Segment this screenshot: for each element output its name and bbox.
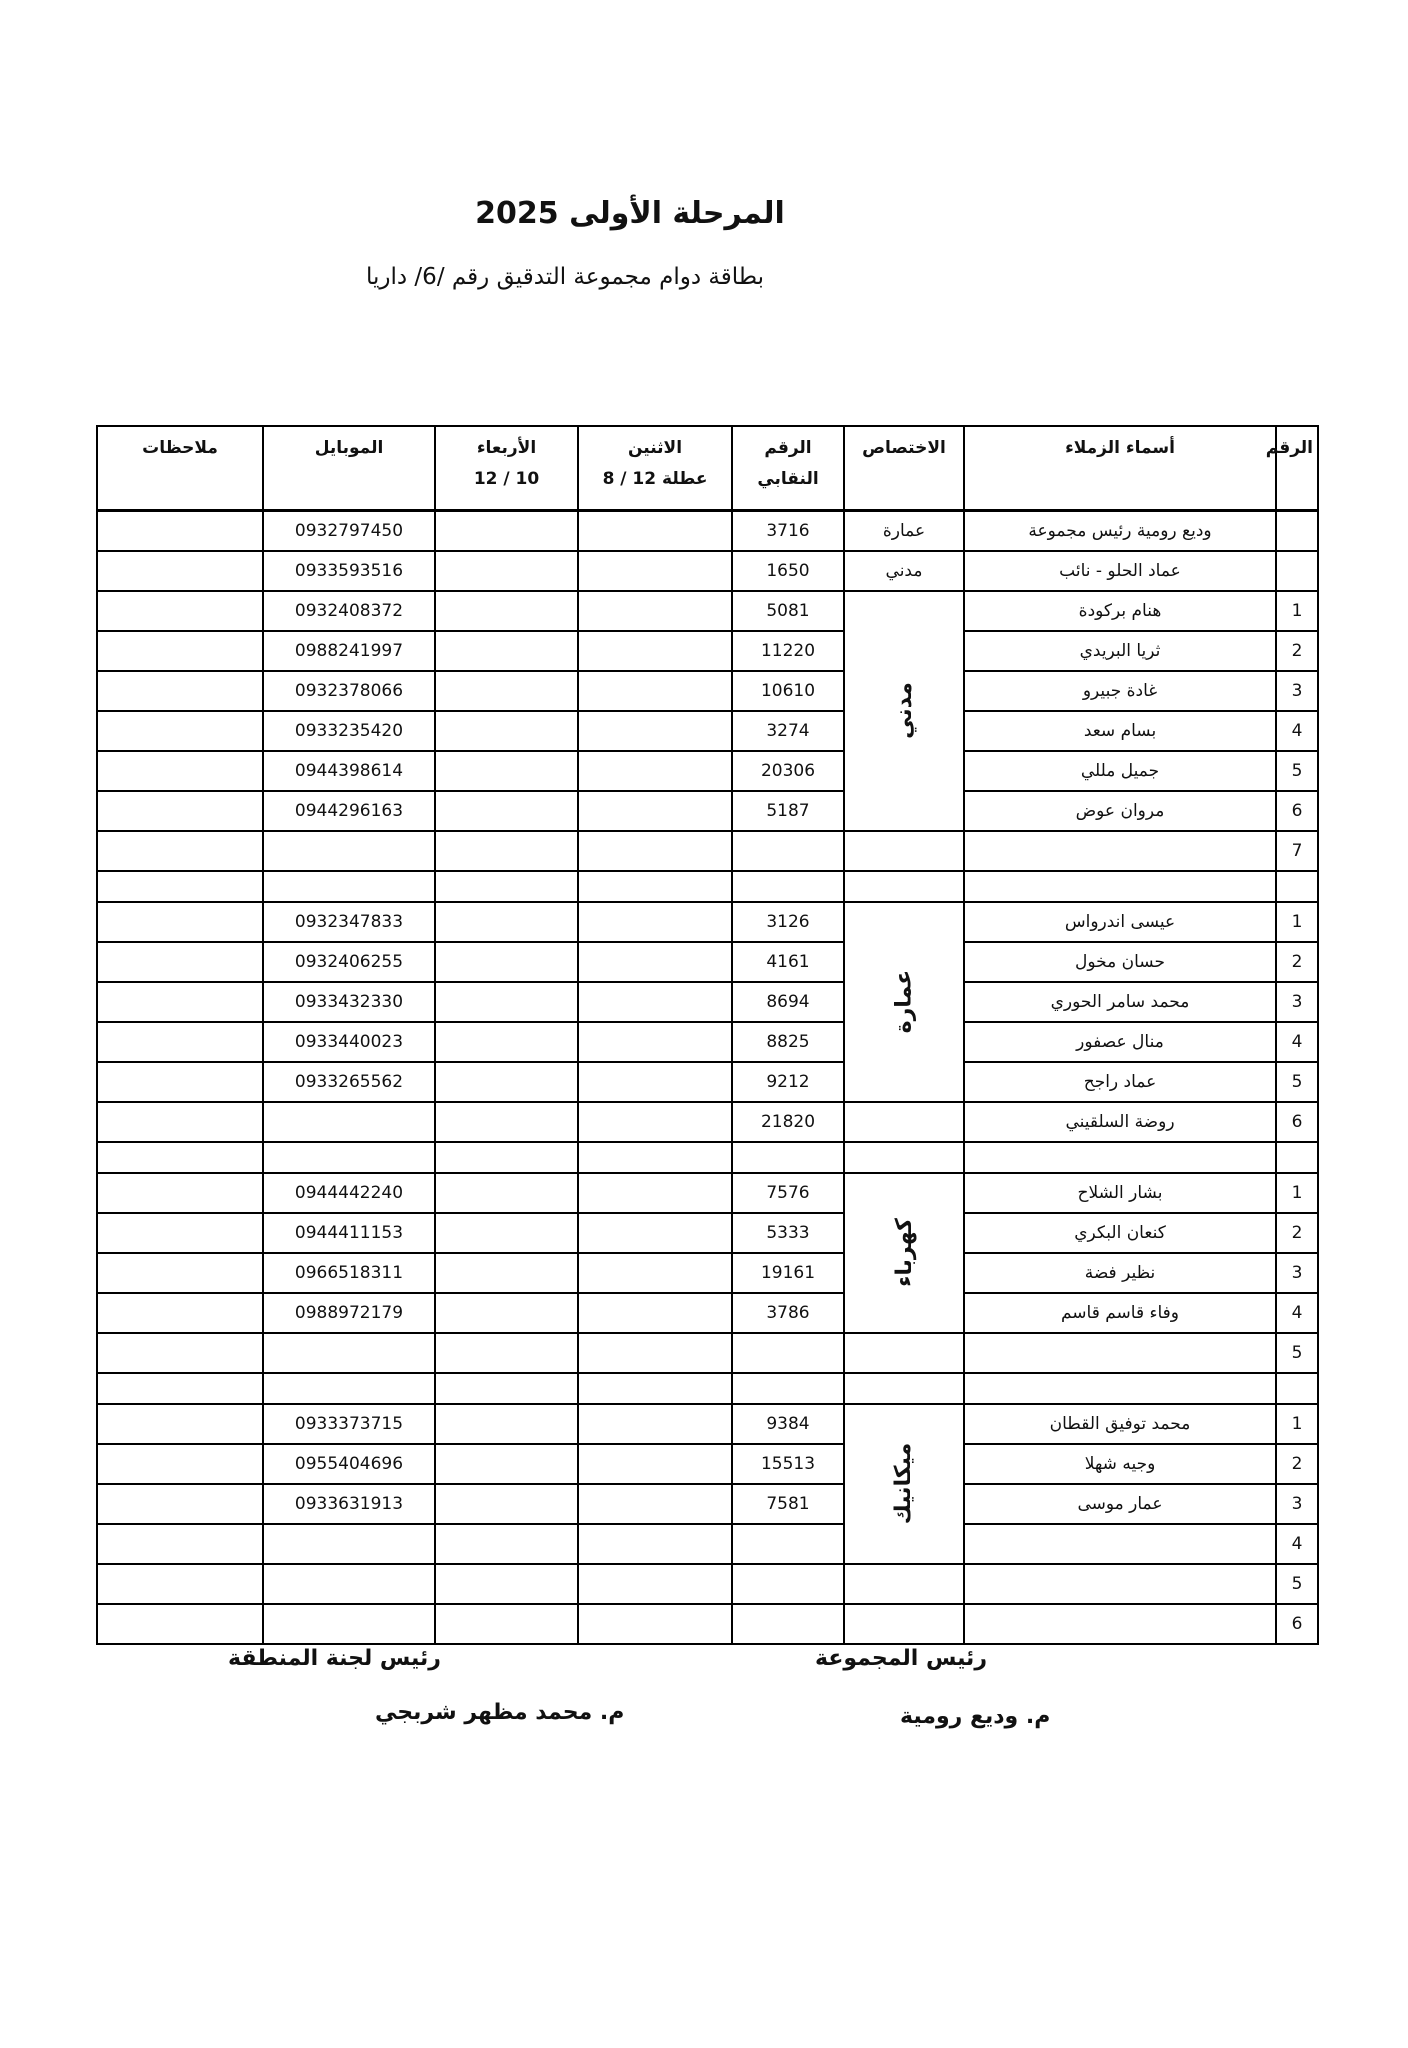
notes-cell bbox=[97, 631, 263, 671]
spec-cell bbox=[844, 1564, 964, 1604]
wednesday-cell bbox=[435, 1173, 578, 1213]
specialty-vertical-label: مدني bbox=[891, 682, 916, 739]
mobile-cell bbox=[263, 1524, 435, 1564]
mobile-cell: 0944398614 bbox=[263, 751, 435, 791]
table-row: 1 هنام بركودة مدني 5081 0932408372 bbox=[97, 591, 1318, 631]
name-cell bbox=[964, 1142, 1276, 1173]
union-cell: 5187 bbox=[732, 791, 844, 831]
mobile-cell bbox=[263, 831, 435, 871]
wednesday-cell bbox=[435, 831, 578, 871]
name-cell: هنام بركودة bbox=[964, 591, 1276, 631]
mobile-cell: 0933373715 bbox=[263, 1404, 435, 1444]
num-cell bbox=[1276, 1142, 1318, 1173]
wednesday-cell bbox=[435, 591, 578, 631]
mobile-cell: 0933265562 bbox=[263, 1062, 435, 1102]
header-monday-line1: الاثنين bbox=[628, 438, 682, 458]
notes-cell bbox=[97, 1444, 263, 1484]
table-row: 4 bbox=[97, 1524, 1318, 1564]
notes-cell bbox=[97, 1253, 263, 1293]
header-notes: ملاحظات bbox=[97, 426, 263, 511]
num-cell: 1 bbox=[1276, 1404, 1318, 1444]
monday-cell bbox=[578, 511, 732, 551]
page-subtitle: بطاقة دوام مجموعة التدقيق رقم /6/ داريا bbox=[0, 264, 1130, 290]
wednesday-cell bbox=[435, 1293, 578, 1333]
name-cell: كنعان البكري bbox=[964, 1213, 1276, 1253]
wednesday-cell bbox=[435, 982, 578, 1022]
wednesday-cell bbox=[435, 902, 578, 942]
union-cell: 9384 bbox=[732, 1404, 844, 1444]
mobile-cell bbox=[263, 1604, 435, 1644]
wednesday-cell bbox=[435, 1444, 578, 1484]
wednesday-cell bbox=[435, 1142, 578, 1173]
mobile-cell bbox=[263, 871, 435, 902]
monday-cell bbox=[578, 982, 732, 1022]
notes-cell bbox=[97, 1484, 263, 1524]
name-cell: بشار الشلاح bbox=[964, 1173, 1276, 1213]
header-wednesday-line2: 12 / 10 bbox=[440, 464, 573, 495]
num-cell: 7 bbox=[1276, 831, 1318, 871]
num-cell: 4 bbox=[1276, 1022, 1318, 1062]
table-row: 3 نظير فضة 19161 0966518311 bbox=[97, 1253, 1318, 1293]
mobile-cell: 0966518311 bbox=[263, 1253, 435, 1293]
notes-cell bbox=[97, 551, 263, 591]
table-row: 3 محمد سامر الحوري 8694 0933432330 bbox=[97, 982, 1318, 1022]
mobile-cell bbox=[263, 1333, 435, 1373]
name-cell bbox=[964, 1564, 1276, 1604]
notes-cell bbox=[97, 1524, 263, 1564]
header-union-line1: الرقم bbox=[764, 438, 811, 458]
mobile-cell: 0933432330 bbox=[263, 982, 435, 1022]
spec-cell bbox=[844, 1333, 964, 1373]
district-committee-head-title: رئيس لجنة المنطقة bbox=[228, 1646, 441, 1671]
num-cell bbox=[1276, 511, 1318, 551]
monday-cell bbox=[578, 1102, 732, 1142]
header-row: الرقم أسماء الزملاء الاختصاص الرقمالنقاب… bbox=[97, 426, 1318, 511]
notes-cell bbox=[97, 1062, 263, 1102]
specialty-group-cell: مدني bbox=[844, 591, 964, 831]
num-cell bbox=[1276, 551, 1318, 591]
spec-cell bbox=[844, 871, 964, 902]
notes-cell bbox=[97, 1213, 263, 1253]
monday-cell bbox=[578, 1333, 732, 1373]
header-monday: الاثنين8 / 12 عطلة bbox=[578, 426, 732, 511]
wednesday-cell bbox=[435, 631, 578, 671]
header-wednesday: الأربعاء12 / 10 bbox=[435, 426, 578, 511]
table-row: 6 bbox=[97, 1604, 1318, 1644]
union-cell: 3786 bbox=[732, 1293, 844, 1333]
table-row: 3 غادة جبيرو 10610 0932378066 bbox=[97, 671, 1318, 711]
section-separator-row bbox=[97, 1142, 1318, 1173]
union-cell: 5333 bbox=[732, 1213, 844, 1253]
notes-cell bbox=[97, 671, 263, 711]
mobile-cell: 0932408372 bbox=[263, 591, 435, 631]
notes-cell bbox=[97, 591, 263, 631]
monday-cell bbox=[578, 942, 732, 982]
notes-cell bbox=[97, 1604, 263, 1644]
name-cell: عماد الحلو - نائب bbox=[964, 551, 1276, 591]
mobile-cell: 0944296163 bbox=[263, 791, 435, 831]
num-cell: 5 bbox=[1276, 1564, 1318, 1604]
union-cell: 9212 bbox=[732, 1062, 844, 1102]
notes-cell bbox=[97, 1564, 263, 1604]
name-cell: حسان مخول bbox=[964, 942, 1276, 982]
spec-cell bbox=[844, 1142, 964, 1173]
wednesday-cell bbox=[435, 1062, 578, 1102]
header-monday-line2: 8 / 12 عطلة bbox=[583, 464, 727, 495]
name-cell bbox=[964, 1373, 1276, 1404]
name-cell: منال عصفور bbox=[964, 1022, 1276, 1062]
name-cell: عيسى اندرواس bbox=[964, 902, 1276, 942]
name-cell: غادة جبيرو bbox=[964, 671, 1276, 711]
num-cell: 2 bbox=[1276, 631, 1318, 671]
union-cell: 3126 bbox=[732, 902, 844, 942]
page-title: المرحلة الأولى 2025 bbox=[0, 196, 1260, 231]
mobile-cell: 0933631913 bbox=[263, 1484, 435, 1524]
num-cell: 2 bbox=[1276, 942, 1318, 982]
spec-cell: عمارة bbox=[844, 511, 964, 551]
mobile-cell bbox=[263, 1142, 435, 1173]
notes-cell bbox=[97, 511, 263, 551]
num-cell: 1 bbox=[1276, 591, 1318, 631]
monday-cell bbox=[578, 1564, 732, 1604]
union-cell bbox=[732, 1333, 844, 1373]
num-cell: 6 bbox=[1276, 1604, 1318, 1644]
attendance-table: الرقم أسماء الزملاء الاختصاص الرقمالنقاب… bbox=[96, 425, 1319, 1645]
notes-cell bbox=[97, 1022, 263, 1062]
union-cell: 5081 bbox=[732, 591, 844, 631]
union-cell: 4161 bbox=[732, 942, 844, 982]
wednesday-cell bbox=[435, 751, 578, 791]
monday-cell bbox=[578, 1293, 732, 1333]
notes-cell bbox=[97, 1173, 263, 1213]
table-row: 2 ثريا البريدي 11220 0988241997 bbox=[97, 631, 1318, 671]
union-cell bbox=[732, 1142, 844, 1173]
table-row: 2 وجيه شهلا 15513 0955404696 bbox=[97, 1444, 1318, 1484]
wednesday-cell bbox=[435, 1213, 578, 1253]
wednesday-cell bbox=[435, 1404, 578, 1444]
name-cell: وجيه شهلا bbox=[964, 1444, 1276, 1484]
specialty-group-cell: ميكانيك bbox=[844, 1404, 964, 1564]
union-cell bbox=[732, 831, 844, 871]
spec-cell bbox=[844, 1102, 964, 1142]
mobile-cell: 0932378066 bbox=[263, 671, 435, 711]
notes-cell bbox=[97, 871, 263, 902]
specialty-vertical-label: كهرباء bbox=[892, 1218, 917, 1287]
wednesday-cell bbox=[435, 1253, 578, 1293]
monday-cell bbox=[578, 1142, 732, 1173]
monday-cell bbox=[578, 551, 732, 591]
monday-cell bbox=[578, 791, 732, 831]
wednesday-cell bbox=[435, 671, 578, 711]
num-cell: 5 bbox=[1276, 751, 1318, 791]
name-cell bbox=[964, 1524, 1276, 1564]
union-cell: 15513 bbox=[732, 1444, 844, 1484]
num-cell bbox=[1276, 1373, 1318, 1404]
union-cell: 21820 bbox=[732, 1102, 844, 1142]
name-cell: بسام سعد bbox=[964, 711, 1276, 751]
mobile-cell bbox=[263, 1102, 435, 1142]
notes-cell bbox=[97, 1293, 263, 1333]
union-cell: 20306 bbox=[732, 751, 844, 791]
name-cell: عماد راجح bbox=[964, 1062, 1276, 1102]
name-cell: محمد توفيق القطان bbox=[964, 1404, 1276, 1444]
notes-cell bbox=[97, 831, 263, 871]
wednesday-cell bbox=[435, 1604, 578, 1644]
mobile-cell: 0933593516 bbox=[263, 551, 435, 591]
monday-cell bbox=[578, 871, 732, 902]
spec-cell: مدني bbox=[844, 551, 964, 591]
mobile-cell bbox=[263, 1373, 435, 1404]
num-cell: 4 bbox=[1276, 1524, 1318, 1564]
name-cell: محمد سامر الحوري bbox=[964, 982, 1276, 1022]
table-row: عماد الحلو - نائب مدني 1650 0933593516 bbox=[97, 551, 1318, 591]
monday-cell bbox=[578, 902, 732, 942]
header-mobile: الموبايل bbox=[263, 426, 435, 511]
spec-cell bbox=[844, 1604, 964, 1644]
wednesday-cell bbox=[435, 1102, 578, 1142]
table-row: 4 بسام سعد 3274 0933235420 bbox=[97, 711, 1318, 751]
monday-cell bbox=[578, 1022, 732, 1062]
wednesday-cell bbox=[435, 871, 578, 902]
monday-cell bbox=[578, 1173, 732, 1213]
header-union-number: الرقمالنقابي bbox=[732, 426, 844, 511]
monday-cell bbox=[578, 1484, 732, 1524]
name-cell bbox=[964, 831, 1276, 871]
name-cell: جميل مللي bbox=[964, 751, 1276, 791]
table-row: وديع رومية رئيس مجموعة عمارة 3716 093279… bbox=[97, 511, 1318, 551]
union-cell: 10610 bbox=[732, 671, 844, 711]
union-cell bbox=[732, 1524, 844, 1564]
num-cell: 3 bbox=[1276, 1253, 1318, 1293]
union-cell: 1650 bbox=[732, 551, 844, 591]
header-wednesday-line1: الأربعاء bbox=[477, 438, 536, 458]
name-cell bbox=[964, 1604, 1276, 1644]
num-cell: 6 bbox=[1276, 791, 1318, 831]
mobile-cell bbox=[263, 1564, 435, 1604]
name-cell: نظير فضة bbox=[964, 1253, 1276, 1293]
mobile-cell: 0955404696 bbox=[263, 1444, 435, 1484]
specialty-vertical-label: ميكانيك bbox=[891, 1443, 916, 1524]
notes-cell bbox=[97, 902, 263, 942]
union-cell: 8694 bbox=[732, 982, 844, 1022]
notes-cell bbox=[97, 1404, 263, 1444]
table-row: 2 حسان مخول 4161 0932406255 bbox=[97, 942, 1318, 982]
monday-cell bbox=[578, 1404, 732, 1444]
union-cell bbox=[732, 1373, 844, 1404]
monday-cell bbox=[578, 711, 732, 751]
name-cell: وفاء قاسم قاسم bbox=[964, 1293, 1276, 1333]
table-row: 6 روضة السلقيني 21820 bbox=[97, 1102, 1318, 1142]
mobile-cell: 0988241997 bbox=[263, 631, 435, 671]
section-separator-row bbox=[97, 871, 1318, 902]
table-row: 3 عمار موسى 7581 0933631913 bbox=[97, 1484, 1318, 1524]
table-row: 1 محمد توفيق القطان ميكانيك 9384 0933373… bbox=[97, 1404, 1318, 1444]
name-cell: وديع رومية رئيس مجموعة bbox=[964, 511, 1276, 551]
monday-cell bbox=[578, 751, 732, 791]
num-cell: 1 bbox=[1276, 902, 1318, 942]
union-cell: 3716 bbox=[732, 511, 844, 551]
notes-cell bbox=[97, 942, 263, 982]
num-cell: 3 bbox=[1276, 1484, 1318, 1524]
monday-cell bbox=[578, 1253, 732, 1293]
header-num: الرقم bbox=[1276, 426, 1318, 511]
num-cell: 6 bbox=[1276, 1102, 1318, 1142]
monday-cell bbox=[578, 1373, 732, 1404]
group-head-title: رئيس المجموعة bbox=[815, 1646, 987, 1671]
mobile-cell: 0932797450 bbox=[263, 511, 435, 551]
union-cell bbox=[732, 1564, 844, 1604]
mobile-cell: 0933235420 bbox=[263, 711, 435, 751]
wednesday-cell bbox=[435, 711, 578, 751]
header-names: أسماء الزملاء bbox=[964, 426, 1276, 511]
monday-cell bbox=[578, 1604, 732, 1644]
monday-cell bbox=[578, 591, 732, 631]
name-cell: ثريا البريدي bbox=[964, 631, 1276, 671]
monday-cell bbox=[578, 671, 732, 711]
table-row: 5 جميل مللي 20306 0944398614 bbox=[97, 751, 1318, 791]
num-cell: 4 bbox=[1276, 711, 1318, 751]
name-cell: مروان عوض bbox=[964, 791, 1276, 831]
section-separator-row bbox=[97, 1373, 1318, 1404]
union-cell: 3274 bbox=[732, 711, 844, 751]
notes-cell bbox=[97, 791, 263, 831]
wednesday-cell bbox=[435, 791, 578, 831]
header-specialty: الاختصاص bbox=[844, 426, 964, 511]
num-cell: 2 bbox=[1276, 1444, 1318, 1484]
notes-cell bbox=[97, 1142, 263, 1173]
union-cell: 11220 bbox=[732, 631, 844, 671]
num-cell: 5 bbox=[1276, 1062, 1318, 1102]
name-cell bbox=[964, 871, 1276, 902]
spec-cell bbox=[844, 1373, 964, 1404]
notes-cell bbox=[97, 982, 263, 1022]
num-cell: 3 bbox=[1276, 671, 1318, 711]
union-cell bbox=[732, 871, 844, 902]
name-cell: روضة السلقيني bbox=[964, 1102, 1276, 1142]
specialty-group-cell: عمارة bbox=[844, 902, 964, 1102]
notes-cell bbox=[97, 1333, 263, 1373]
num-cell bbox=[1276, 871, 1318, 902]
wednesday-cell bbox=[435, 1373, 578, 1404]
wednesday-cell bbox=[435, 551, 578, 591]
mobile-cell: 0932347833 bbox=[263, 902, 435, 942]
notes-cell bbox=[97, 1102, 263, 1142]
spec-cell bbox=[844, 831, 964, 871]
num-cell: 1 bbox=[1276, 1173, 1318, 1213]
union-cell: 8825 bbox=[732, 1022, 844, 1062]
monday-cell bbox=[578, 1444, 732, 1484]
table-row: 1 عيسى اندرواس عمارة 3126 0932347833 bbox=[97, 902, 1318, 942]
monday-cell bbox=[578, 631, 732, 671]
num-cell: 2 bbox=[1276, 1213, 1318, 1253]
name-cell: عمار موسى bbox=[964, 1484, 1276, 1524]
notes-cell bbox=[97, 1373, 263, 1404]
monday-cell bbox=[578, 1062, 732, 1102]
table-row: 7 bbox=[97, 831, 1318, 871]
wednesday-cell bbox=[435, 1484, 578, 1524]
group-head-name: م. وديع رومية bbox=[900, 1704, 1050, 1729]
union-cell: 7581 bbox=[732, 1484, 844, 1524]
mobile-cell: 0944442240 bbox=[263, 1173, 435, 1213]
wednesday-cell bbox=[435, 942, 578, 982]
union-cell bbox=[732, 1604, 844, 1644]
mobile-cell: 0932406255 bbox=[263, 942, 435, 982]
mobile-cell: 0944411153 bbox=[263, 1213, 435, 1253]
table-row: 6 مروان عوض 5187 0944296163 bbox=[97, 791, 1318, 831]
notes-cell bbox=[97, 711, 263, 751]
specialty-vertical-label: عمارة bbox=[891, 970, 916, 1034]
table-row: 1 بشار الشلاح كهرباء 7576 0944442240 bbox=[97, 1173, 1318, 1213]
notes-cell bbox=[97, 751, 263, 791]
monday-cell bbox=[578, 1213, 732, 1253]
wednesday-cell bbox=[435, 1564, 578, 1604]
wednesday-cell bbox=[435, 511, 578, 551]
monday-cell bbox=[578, 831, 732, 871]
mobile-cell: 0933440023 bbox=[263, 1022, 435, 1062]
wednesday-cell bbox=[435, 1333, 578, 1373]
header-union-line2: النقابي bbox=[737, 464, 839, 495]
num-cell: 4 bbox=[1276, 1293, 1318, 1333]
table-row: 5 bbox=[97, 1333, 1318, 1373]
specialty-group-cell: كهرباء bbox=[844, 1173, 964, 1333]
table-row: 2 كنعان البكري 5333 0944411153 bbox=[97, 1213, 1318, 1253]
union-cell: 7576 bbox=[732, 1173, 844, 1213]
table-row: 5 bbox=[97, 1564, 1318, 1604]
monday-cell bbox=[578, 1524, 732, 1564]
num-cell: 5 bbox=[1276, 1333, 1318, 1373]
wednesday-cell bbox=[435, 1524, 578, 1564]
table-row: 4 وفاء قاسم قاسم 3786 0988972179 bbox=[97, 1293, 1318, 1333]
mobile-cell: 0988972179 bbox=[263, 1293, 435, 1333]
table-row: 4 منال عصفور 8825 0933440023 bbox=[97, 1022, 1318, 1062]
wednesday-cell bbox=[435, 1022, 578, 1062]
num-cell: 3 bbox=[1276, 982, 1318, 1022]
union-cell: 19161 bbox=[732, 1253, 844, 1293]
district-committee-head-name: م. محمد مظهر شربجي bbox=[375, 1700, 624, 1725]
name-cell bbox=[964, 1333, 1276, 1373]
table-row: 5 عماد راجح 9212 0933265562 bbox=[97, 1062, 1318, 1102]
